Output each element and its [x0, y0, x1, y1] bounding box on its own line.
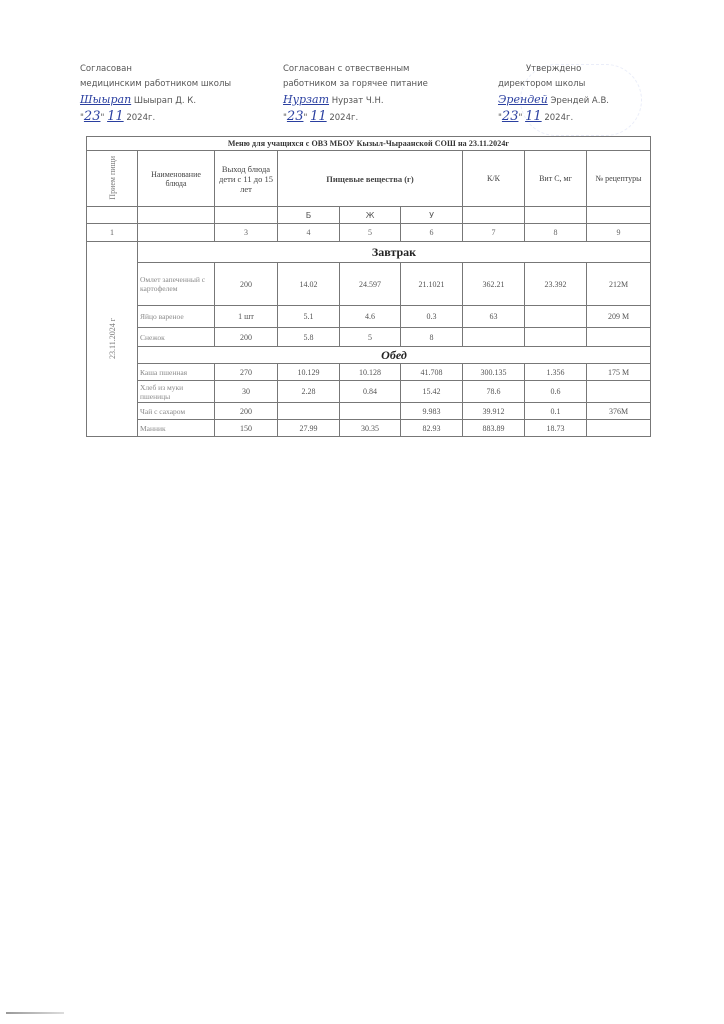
- approval-month: 11: [525, 109, 542, 124]
- approval-year: 2024г.: [329, 113, 358, 123]
- approval-medical: Согласован медицинским работником школы …: [80, 62, 231, 126]
- header-protein: Б: [278, 207, 340, 224]
- header-meal-time: Прием пищи: [87, 151, 138, 207]
- header-fat: Ж: [340, 207, 401, 224]
- approval-line1: Согласован с отвественным: [283, 62, 428, 77]
- table-row: Каша пшенная 270 10.129 10.128 41.708 30…: [87, 364, 651, 381]
- approval-day: 23: [287, 109, 304, 124]
- header-carbs: У: [401, 207, 463, 224]
- table-row: Омлет запеченный с картофелем 200 14.02 …: [87, 263, 651, 306]
- approval-line1: Утверждено: [498, 62, 609, 77]
- approval-line2: директором школы: [498, 77, 609, 92]
- table-row: Хлеб из муки пшеницы 30 2.28 0.84 15.42 …: [87, 381, 651, 403]
- signature: Нурзат: [283, 93, 329, 106]
- scan-artifact: [6, 1012, 64, 1014]
- date-cell: 23.11.2024 г: [87, 242, 138, 437]
- approval-food-responsible: Согласован с отвественным работником за …: [283, 62, 428, 126]
- header-vit-c: Вит С, мг: [525, 151, 587, 207]
- table-row: Чай с сахаром 200 9.983 39.912 0.1 376М: [87, 403, 651, 420]
- approval-name: Шыырап Д. К.: [134, 96, 196, 106]
- approval-line1: Согласован: [80, 62, 231, 77]
- approval-director: Утверждено директором школы Эрендей Эрен…: [498, 62, 609, 126]
- table-row: Яйцо вареное 1 шт 5.1 4.6 0.3 63 209 М: [87, 306, 651, 328]
- menu-title: Меню для учащихся с ОВЗ МБОУ Кызыл-Чыраа…: [87, 137, 651, 151]
- signature: Шыырап: [80, 93, 131, 106]
- menu-table: Меню для учащихся с ОВЗ МБОУ Кызыл-Чыраа…: [86, 136, 651, 437]
- approval-line2: работником за горячее питание: [283, 77, 428, 92]
- section-breakfast: Завтрак: [138, 242, 651, 263]
- approval-month: 11: [310, 109, 327, 124]
- approval-month: 11: [107, 109, 124, 124]
- approval-name: Нурзат Ч.Н.: [332, 96, 384, 106]
- column-numbers-row: 1 3 4 5 6 7 8 9: [87, 224, 651, 242]
- table-row: Манник 150 27.99 30.35 82.93 883.89 18.7…: [87, 420, 651, 437]
- header-portion: Выход блюда дети с 11 до 15 лет: [215, 151, 278, 207]
- section-lunch: Обед: [138, 347, 651, 364]
- approval-year: 2024г.: [126, 113, 155, 123]
- approval-line2: медицинским работником школы: [80, 77, 231, 92]
- table-row: Снежок 200 5.8 5 8: [87, 328, 651, 347]
- header-recipe: № рецептуры: [587, 151, 651, 207]
- header-nutrients: Пищевые вещества (г): [278, 151, 463, 207]
- header-kcal: К/К: [463, 151, 525, 207]
- signature: Эрендей: [498, 93, 548, 106]
- header-dish-name: Наименование блюда: [138, 151, 215, 207]
- approval-name: Эрендей А.В.: [550, 96, 609, 106]
- approval-day: 23: [84, 109, 101, 124]
- approval-year: 2024г.: [544, 113, 573, 123]
- approval-day: 23: [502, 109, 519, 124]
